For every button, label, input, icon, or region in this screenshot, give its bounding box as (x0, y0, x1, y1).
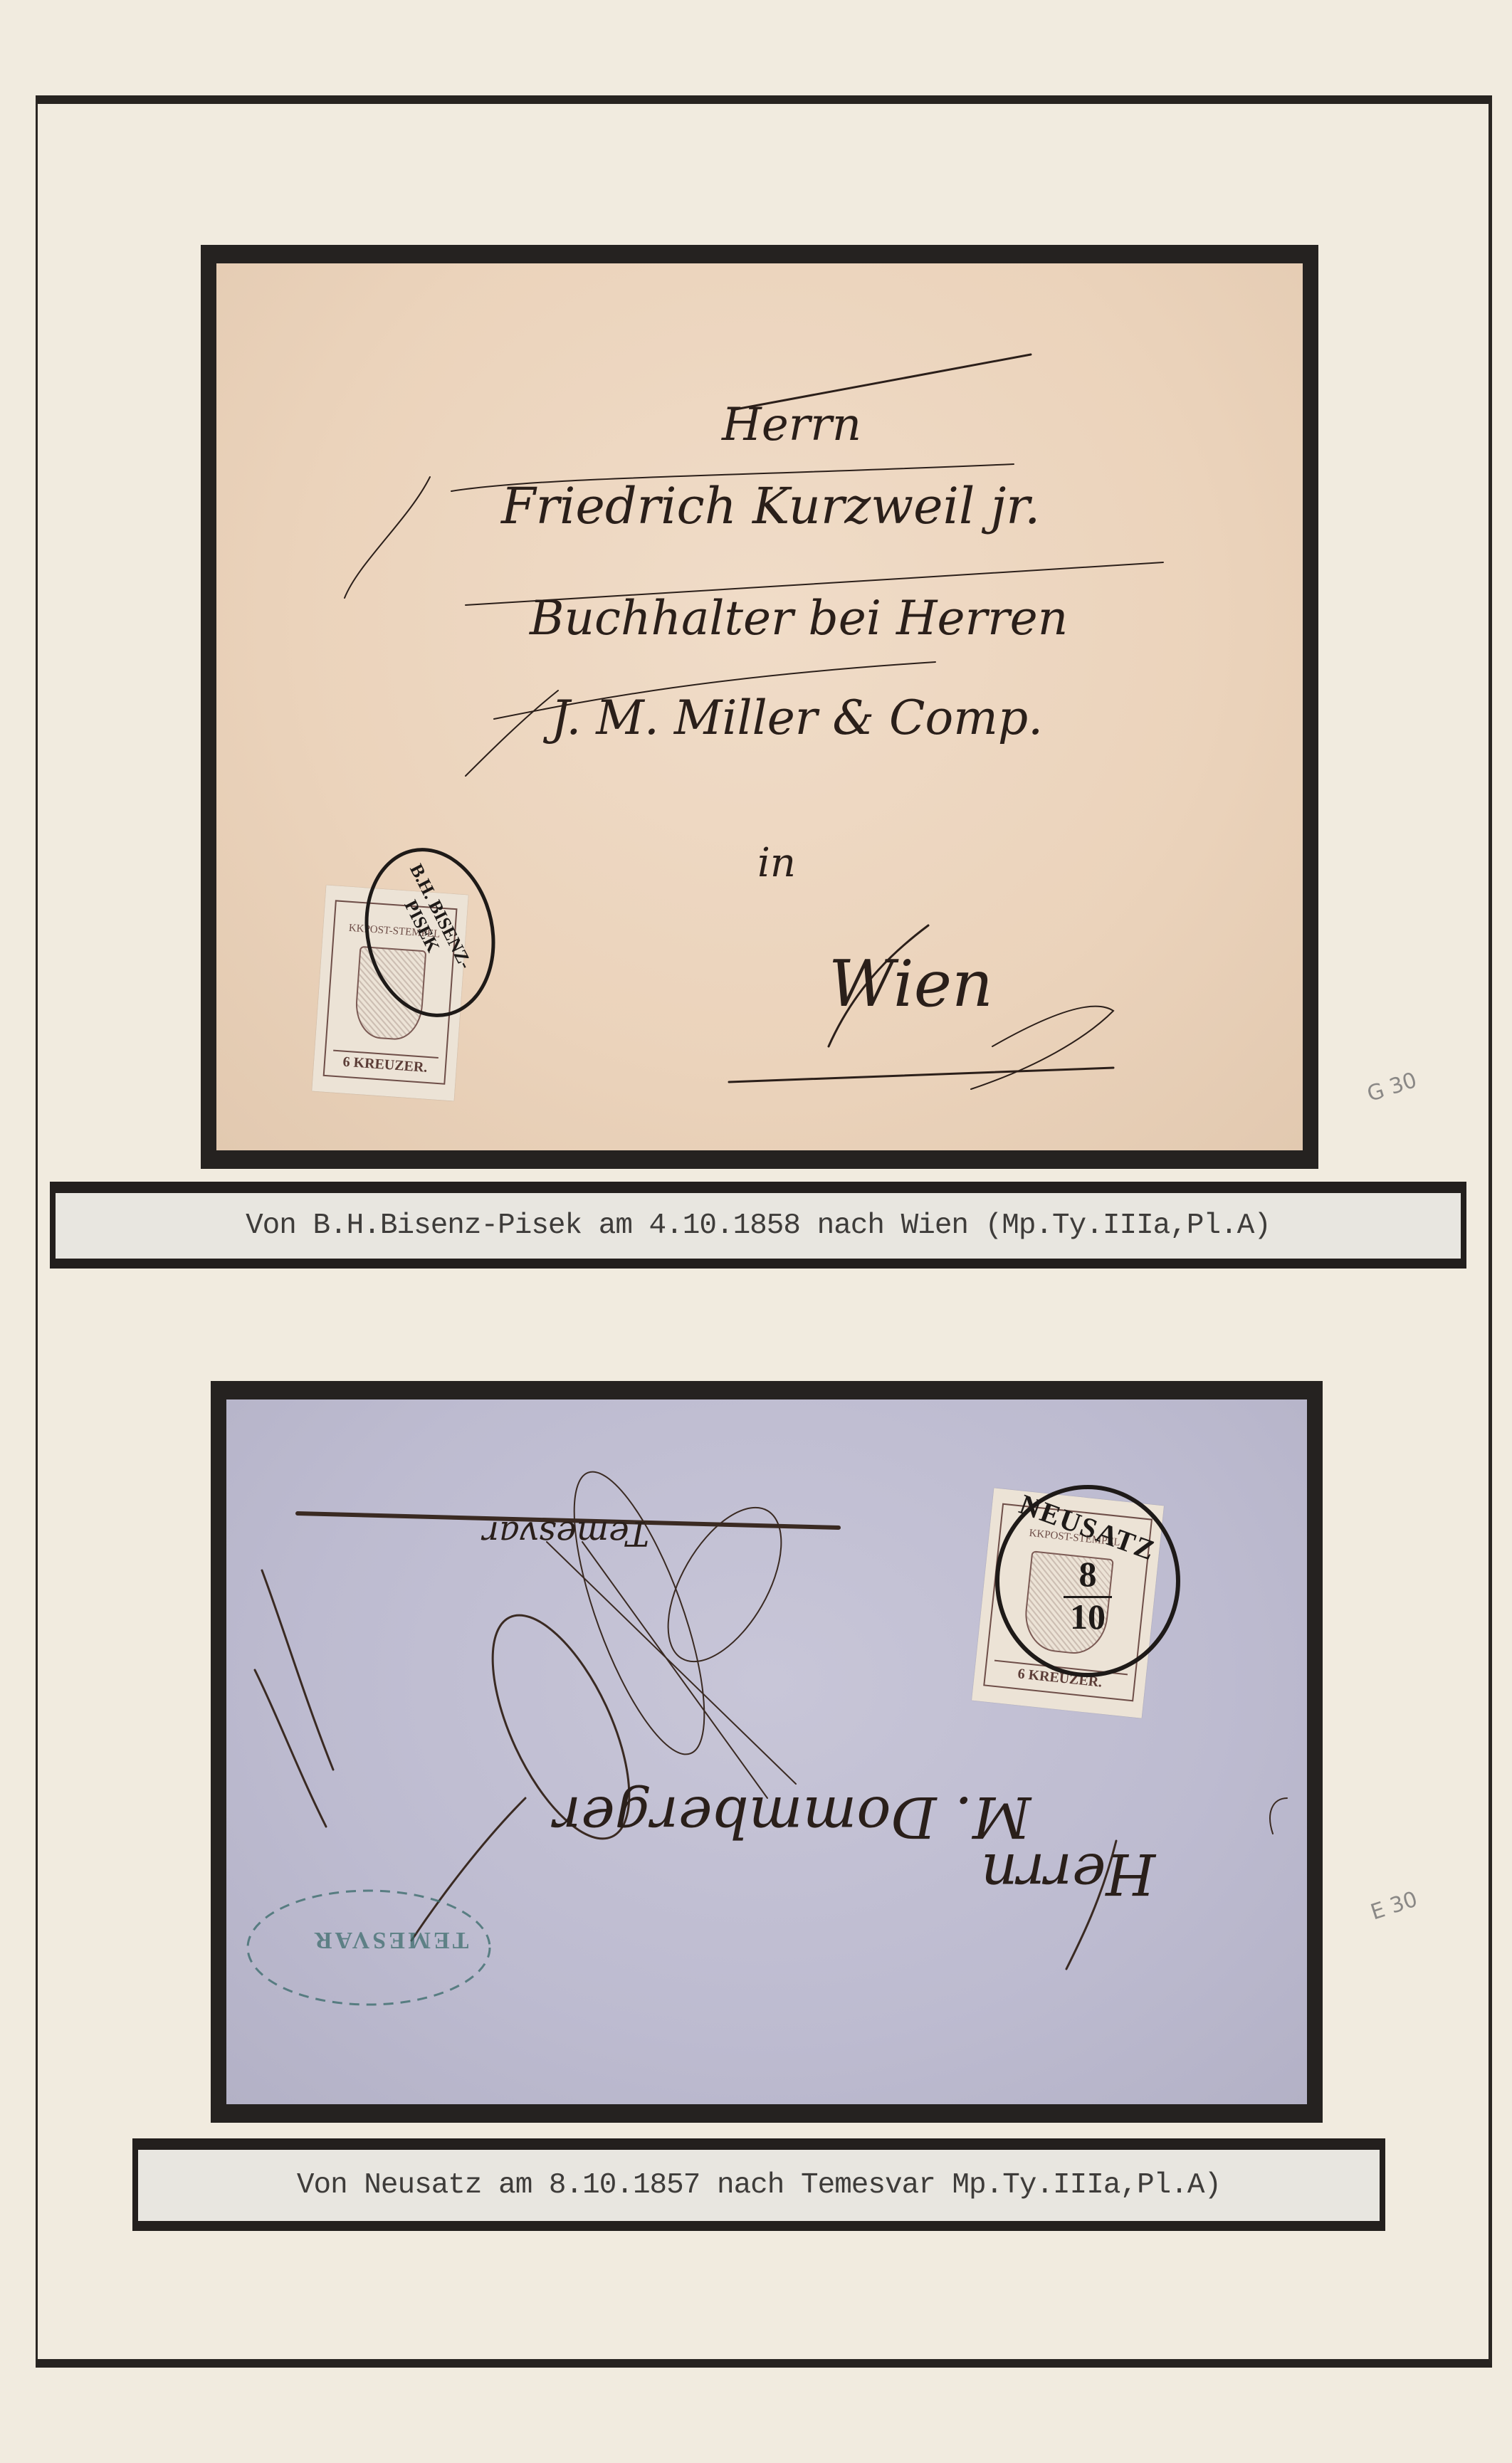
address-line-inverted: M. Dommberger (554, 1784, 1031, 1850)
address-line-inverted: Herrn (981, 1841, 1155, 1907)
stamp-value: 6 KREUZER. (332, 1050, 439, 1078)
cover-caption: Von B.H.Bisenz-Pisek am 4.10.1858 nach W… (246, 1209, 1271, 1242)
address-line: Buchhalter bei Herren (530, 591, 1068, 646)
postmark-town: B.H. BISENZ-PISEK (380, 849, 483, 994)
address-line-inverted: Temesvar (483, 1513, 649, 1553)
address-line: Wien (829, 947, 993, 1022)
caption-strip-1: Von B.H.Bisenz-Pisek am 4.10.1858 nach W… (50, 1182, 1466, 1269)
cover-caption: Von Neusatz am 8.10.1857 nach Temesvar M… (297, 2169, 1221, 2202)
cover-mount-1: Herrn Friedrich Kurzweil jr. Buchhalter … (201, 245, 1318, 1169)
envelope-cover-2: Temesvar M. Dommberger Herrn TEMESVAR KK… (226, 1399, 1307, 2104)
cover-mount-2: Temesvar M. Dommberger Herrn TEMESVAR KK… (211, 1381, 1323, 2123)
address-line: Friedrich Kurzweil jr. (501, 477, 1040, 535)
address-line: Herrn (722, 399, 861, 451)
postmark-day: 8 (999, 1553, 1176, 1595)
address-line: in (757, 840, 796, 886)
postmark-month: 10 (999, 1596, 1176, 1637)
postmark-neusatz: NEUSATZ 8 10 (995, 1485, 1180, 1677)
receiving-mark-temesvar: TEMESVAR (312, 1926, 468, 1953)
envelope-cover-1: Herrn Friedrich Kurzweil jr. Buchhalter … (216, 263, 1303, 1150)
address-line: J. M. Miller & Comp. (551, 690, 1043, 745)
caption-strip-2: Von Neusatz am 8.10.1857 nach Temesvar M… (132, 2138, 1385, 2231)
